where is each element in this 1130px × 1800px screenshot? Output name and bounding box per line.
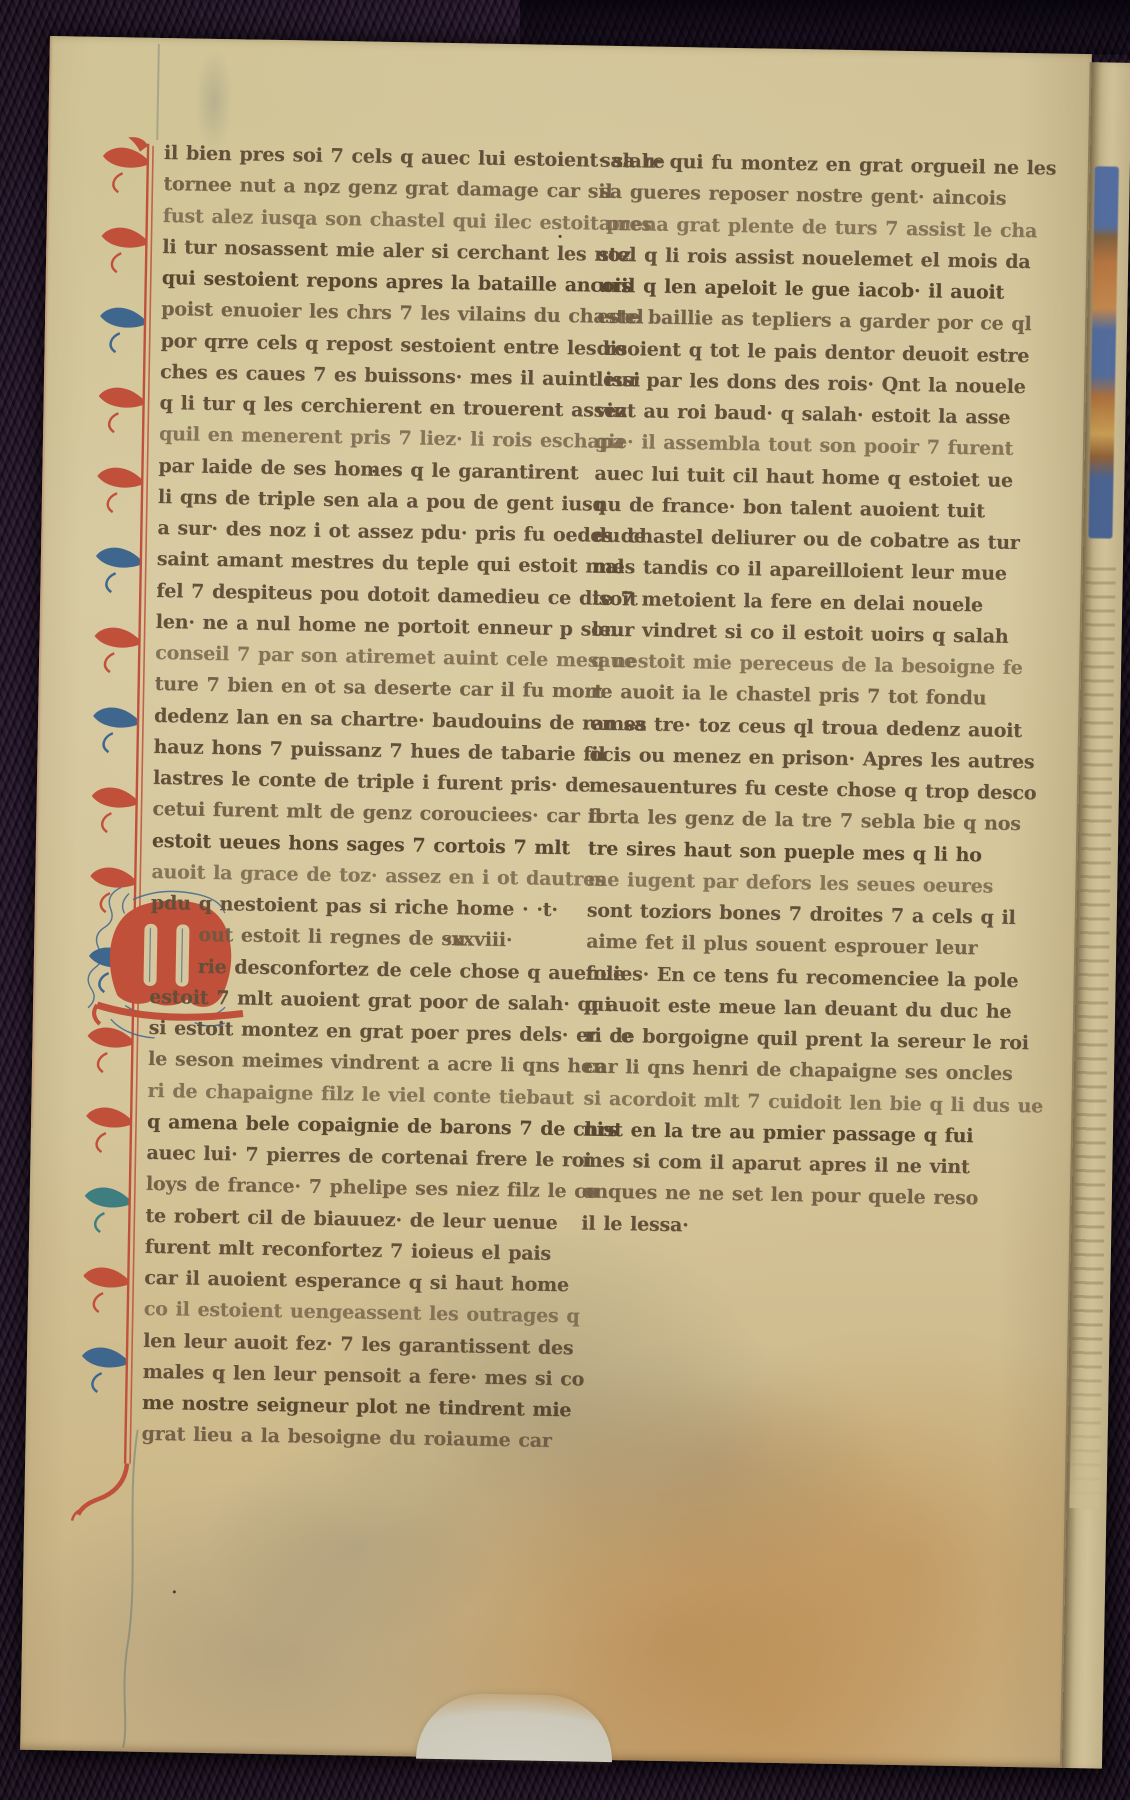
text-column-right: salah· qui fu montez en grat orgueil ne … xyxy=(581,150,1040,1251)
ruling-line xyxy=(156,44,160,140)
margin-leaf xyxy=(83,1267,128,1288)
parchment-surface: il bien pres soi 7 cels q auec lui estoi… xyxy=(20,36,1092,1768)
margin-leaf xyxy=(92,787,137,808)
margin-leaf-hook xyxy=(92,1373,101,1392)
margin-leaf-hook xyxy=(105,653,114,672)
margin-leaf-hook xyxy=(110,333,119,352)
margin-leaf-hook xyxy=(108,493,117,512)
margin-leaf xyxy=(93,707,138,728)
margin-leaf xyxy=(94,627,139,648)
repair-patch xyxy=(416,1693,613,1762)
ruling-line xyxy=(31,36,52,1128)
margin-leaf xyxy=(101,227,146,248)
margin-leaf xyxy=(99,387,144,408)
next-folio-illumination-sliver xyxy=(1088,166,1118,538)
margin-leaf xyxy=(96,547,141,568)
margin-leaf xyxy=(97,467,142,488)
margin-leaf-hook xyxy=(112,253,121,272)
ink-speck xyxy=(173,1590,176,1593)
margin-leaf xyxy=(82,1347,127,1368)
margin-leaf-hook xyxy=(94,1293,103,1312)
margin-leaf-hook xyxy=(96,1133,105,1152)
bar-bottom-curl xyxy=(78,1463,127,1516)
margin-leaf-hook xyxy=(102,813,111,832)
photo-backdrop: il bien pres soi 7 cels q auec lui estoi… xyxy=(0,0,1130,1800)
margin-leaf xyxy=(100,307,145,328)
margin-leaf xyxy=(86,1107,131,1128)
margin-leaf xyxy=(85,1187,130,1208)
margin-leaf-hook xyxy=(109,413,118,432)
chapter-number: ·xxviii· xyxy=(445,928,512,951)
manuscript-text-line: il le lessa· xyxy=(581,1212,1021,1251)
manuscript-page: il bien pres soi 7 cels q auec lui estoi… xyxy=(20,36,1130,1769)
margin-leaf-hook xyxy=(113,173,122,192)
margin-leaf-hook xyxy=(106,573,115,592)
margin-leaf-hook xyxy=(95,1213,104,1232)
text-column-left: il bien pres soi 7 cels q auec lui estoi… xyxy=(141,142,588,1462)
margin-leaf-hook xyxy=(103,733,112,752)
